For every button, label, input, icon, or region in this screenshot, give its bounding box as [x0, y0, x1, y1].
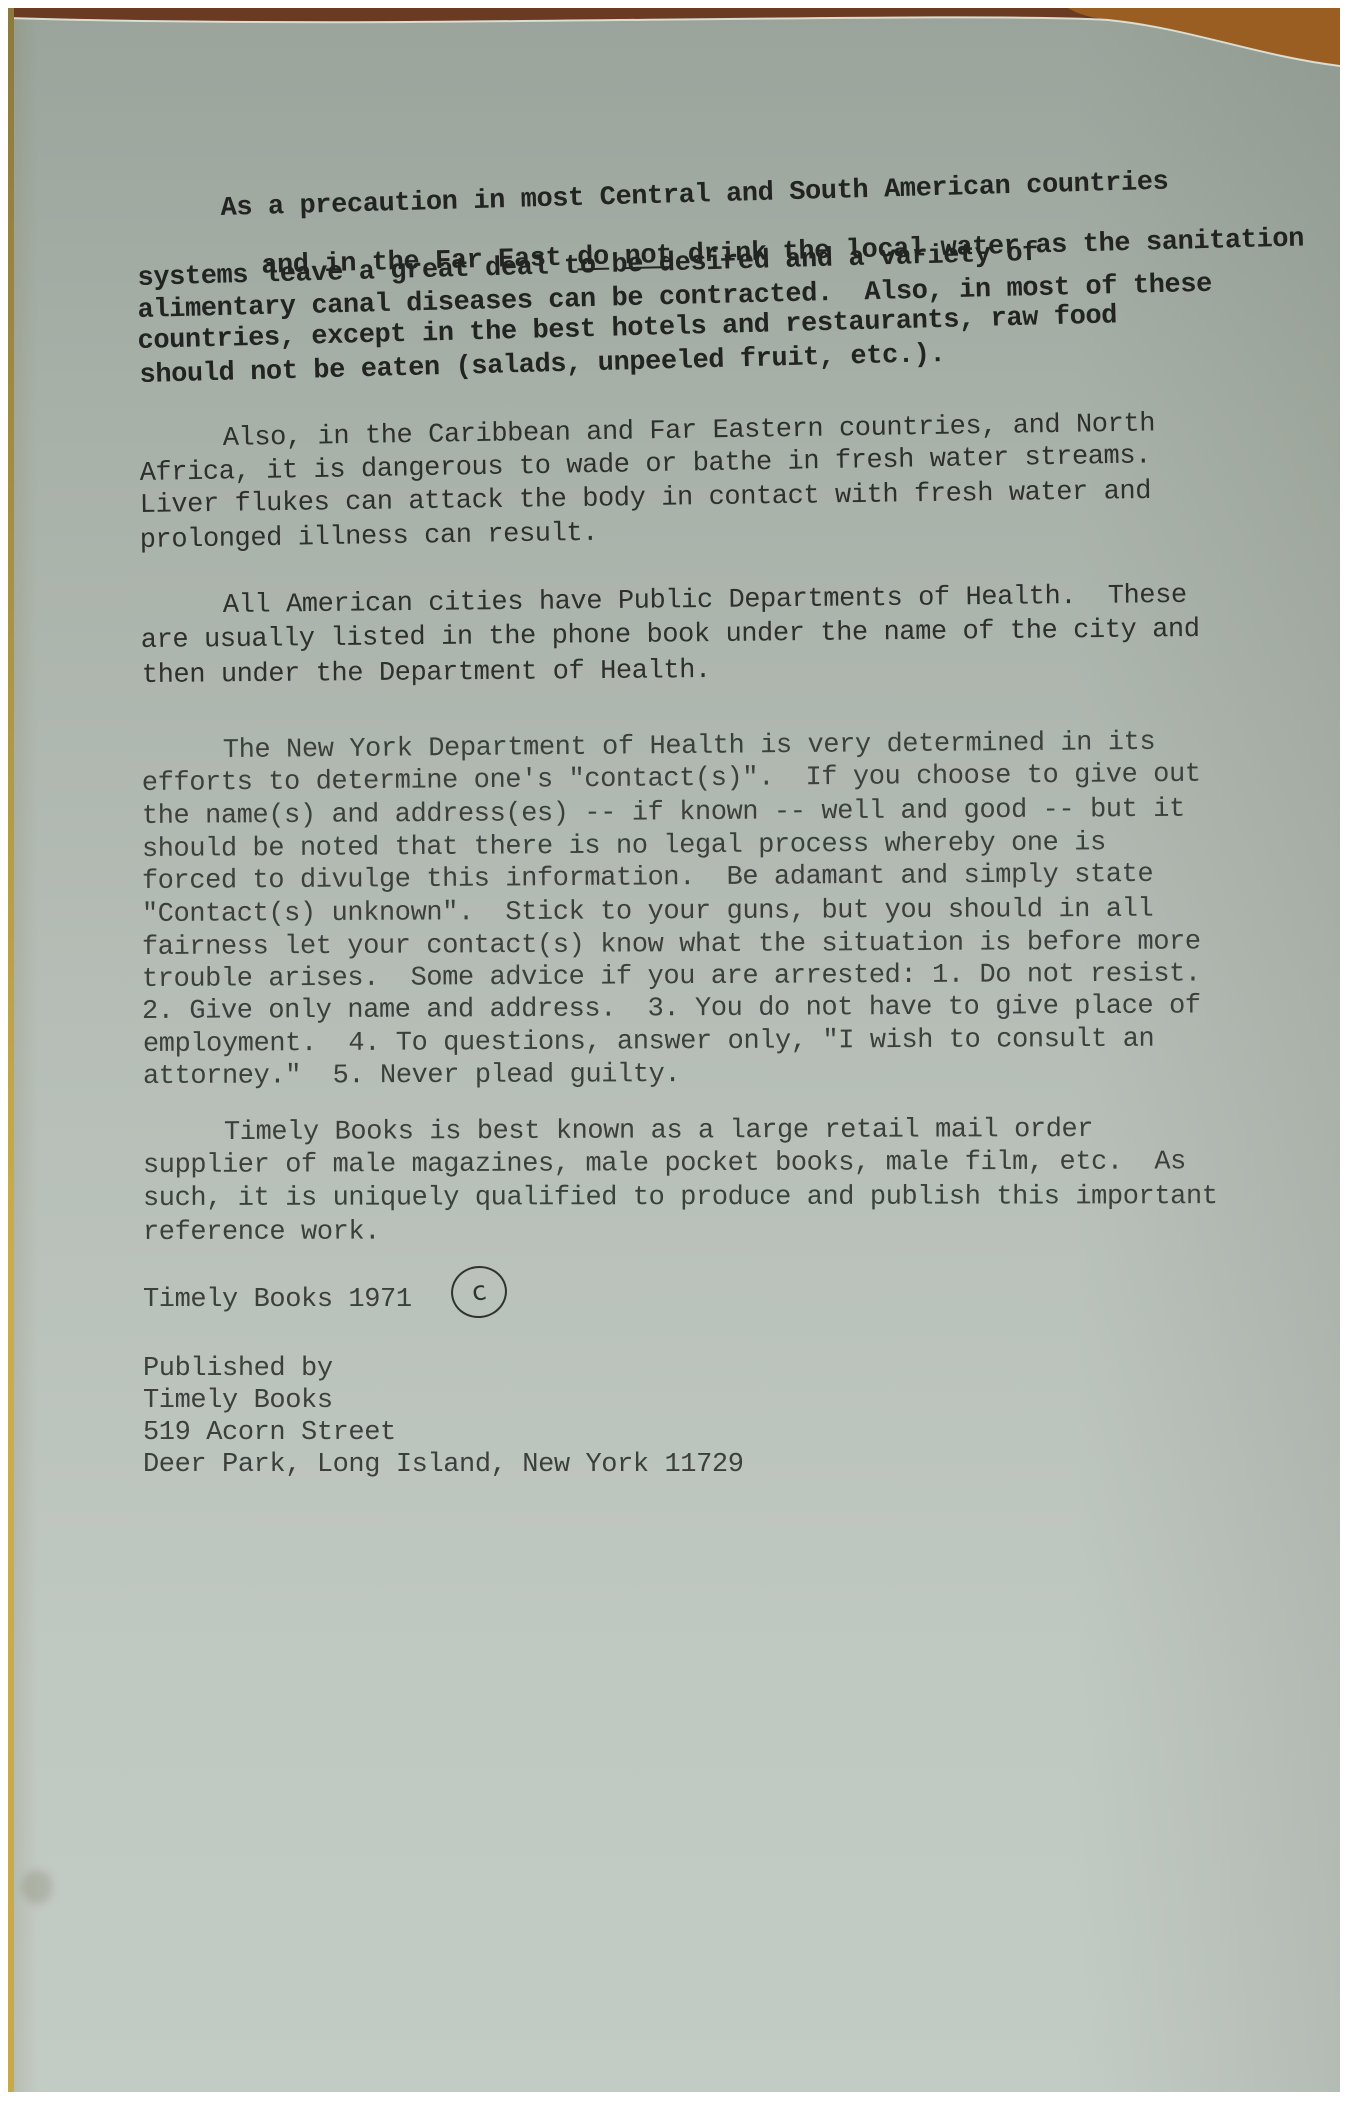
text-line: are usually listed in the phone book und… — [141, 617, 1200, 655]
text-line: then under the Department of Health. — [142, 658, 711, 690]
text-line: attorney." 5. Never plead guilty. — [143, 1062, 680, 1091]
text-line: The New York Department of Health is ver… — [223, 730, 1156, 765]
page-photo: As a precaution in most Central and Sout… — [8, 8, 1340, 2092]
text-line: should be noted that there is no legal p… — [142, 830, 1106, 864]
text-line: supplier of male magazines, male pocket … — [143, 1149, 1186, 1180]
text-line: efforts to determine one's "contact(s)".… — [142, 762, 1201, 798]
typed-page: As a precaution in most Central and Sout… — [8, 8, 1340, 2092]
text-line: employment. 4. To questions, answer only… — [143, 1027, 1155, 1059]
copyright-symbol: c — [470, 1276, 488, 1308]
text-line: trouble arises. Some advice if you are a… — [142, 961, 1201, 994]
publisher-name: Timely Books — [143, 1388, 333, 1415]
text-line: such, it is uniquely qualified to produc… — [143, 1184, 1218, 1213]
copyright-line: Timely Books 1971 — [143, 1287, 412, 1314]
text-line: fairness let your contact(s) know what t… — [142, 929, 1201, 962]
publisher-street: 519 Acorn Street — [143, 1420, 396, 1447]
text-line: prolonged illness can result. — [140, 521, 599, 555]
text-line: reference work. — [143, 1220, 380, 1247]
text-line: 2. Give only name and address. 3. You do… — [142, 993, 1201, 1026]
text-line: All American cities have Public Departme… — [223, 583, 1187, 620]
text-line: forced to divulge this information. Be a… — [142, 862, 1154, 896]
publisher-line: Published by — [143, 1356, 333, 1383]
text-line: "Contact(s) unknown". Stick to your guns… — [142, 897, 1154, 929]
text-line: the name(s) and address(es) -- if known … — [142, 797, 1185, 831]
publisher-city: Deer Park, Long Island, New York 11729 — [143, 1452, 744, 1479]
copyright-circle-icon: c — [448, 1262, 511, 1321]
text-line: Timely Books is best known as a large re… — [224, 1117, 1093, 1147]
